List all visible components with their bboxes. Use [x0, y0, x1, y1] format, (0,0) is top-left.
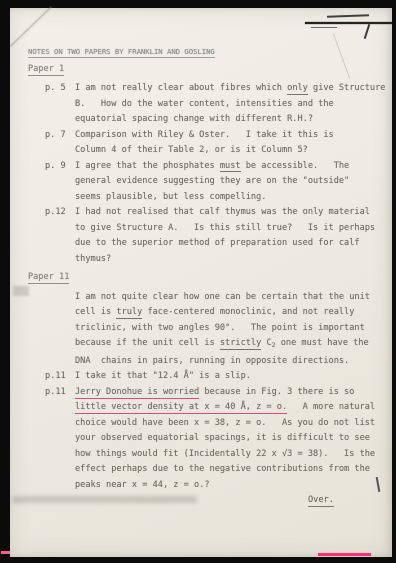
page-ref: p. 5 [45, 81, 75, 128]
text-segment: because if the unit cell is [75, 338, 220, 348]
text-segment: Comparison with Riley & Oster. I take it… [75, 130, 334, 140]
text-line: thymus? [75, 252, 386, 268]
text-line: I had not realised that calf thymus was … [75, 205, 386, 221]
text-segment: be accessible. The [241, 161, 350, 171]
text-segment: to give Structure A. Is this still true?… [75, 223, 375, 233]
note-item: p. 9I agree that the phosphates must be … [28, 159, 386, 206]
over-note: Over. [308, 493, 386, 509]
scanned-page: NOTES ON TWO PAPERS BY FRANKLIN AND GOSL… [0, 0, 396, 563]
text-segment: equatorial spacing change with different… [75, 114, 313, 124]
text-segment: I agree that the phosphates [75, 161, 220, 171]
note-body: I had not realised that calf thymus was … [75, 205, 386, 267]
text-line: I am not really clear about fibres which… [75, 81, 386, 97]
text-line: due to the superior method of preparatio… [75, 236, 386, 252]
text-segment: A more natural [287, 402, 375, 412]
text-segment: general evidence suggesting they are on … [75, 176, 349, 186]
text-segment: how things would fit (Incidentally 22 x … [75, 449, 375, 459]
note-body: I am not quite clear how one can be cert… [75, 290, 386, 370]
text-segment: your observed equatorial spacings, it is… [75, 433, 370, 443]
page-ref [45, 290, 75, 370]
underlined-text: truly [116, 307, 142, 319]
page-ref: p. 9 [45, 159, 75, 206]
note-item: p. 7Comparison with Riley & Oster. I tak… [28, 128, 386, 159]
section-heading: Paper 1 [28, 62, 386, 78]
text-segment: I had not realised that calf thymus was … [75, 207, 370, 217]
text-segment: Column 4 of their Table 2, or is it Colu… [75, 145, 308, 155]
text-segment: triclinic, with two angles 90°. The poin… [75, 323, 365, 333]
text-segment: due to the superior method of preparatio… [75, 238, 360, 248]
text-line: equatorial spacing change with different… [75, 112, 386, 128]
text-segment: cell is [75, 307, 116, 317]
text-line: because if the unit cell is strictly C2 … [75, 336, 386, 354]
text-line: B. How do the water content, intensities… [75, 97, 386, 113]
red-underlined-text: little vector density at x = 40 Å, z = o… [75, 402, 287, 414]
text-segment: because in Fig. 3 there is so [199, 387, 354, 397]
red-underlined-text: Jerry Donohue is worried [75, 387, 199, 399]
document-content: NOTES ON TWO PAPERS BY FRANKLIN AND GOSL… [28, 44, 386, 509]
text-line: general evidence suggesting they are on … [75, 174, 386, 190]
text-line: triclinic, with two angles 90°. The poin… [75, 321, 386, 337]
note-body: Jerry Donohue is worried because in Fig.… [75, 385, 386, 494]
note-item: I am not quite clear how one can be cert… [28, 290, 386, 370]
text-segment: one must have the [276, 338, 369, 348]
text-line: how things would fit (Incidentally 22 x … [75, 447, 386, 463]
underlined-text: must [220, 161, 241, 173]
note-item: p. 5I am not really clear about fibres w… [28, 81, 386, 128]
text-segment: thymus? [75, 254, 111, 264]
text-line: peaks near x = 44, z = o.? [75, 478, 386, 494]
text-segment: give Structure [308, 83, 386, 93]
text-segment: choice would have been x = 38, z = o. As… [75, 418, 375, 428]
section-heading-text: Paper 11 [28, 272, 69, 284]
underlined-text: only [287, 83, 308, 95]
section-heading: Paper 11 [28, 270, 386, 286]
page-ref: p.11 [45, 385, 75, 494]
document-title: NOTES ON TWO PAPERS BY FRANKLIN AND GOSL… [28, 44, 386, 60]
text-line: choice would have been x = 38, z = o. As… [75, 416, 386, 432]
text-segment: seems plausible, but less compelling. [75, 192, 266, 202]
pink-pencil-mark [1, 551, 10, 554]
sections: Paper 1p. 5I am not really clear about f… [28, 62, 386, 494]
text-line: Jerry Donohue is worried because in Fig.… [75, 385, 386, 401]
text-line: I am not quite clear how one can be cert… [75, 290, 386, 306]
text-segment: I am not really clear about fibres which [75, 83, 287, 93]
pink-pencil-mark [318, 553, 371, 556]
text-segment: DNA chains in pairs, running in opposite… [75, 356, 349, 366]
note-item: p.11Jerry Donohue is worried because in … [28, 385, 386, 494]
text-segment: peaks near x = 44, z = o.? [75, 480, 210, 490]
text-line: little vector density at x = 40 Å, z = o… [75, 400, 386, 416]
text-line: effect perhaps due to the negative contr… [75, 462, 386, 478]
text-line: cell is truly face-centered monoclinic, … [75, 305, 386, 321]
page-ref: p.12 [45, 205, 75, 267]
note-body: I take it that "12.4 Å" is a slip. [75, 369, 386, 385]
text-line: DNA chains in pairs, running in opposite… [75, 354, 386, 370]
text-segment: I am not quite clear how one can be cert… [75, 292, 370, 302]
over-note-text: Over. [308, 495, 334, 507]
text-line: I take it that "12.4 Å" is a slip. [75, 369, 386, 385]
note-item: p.11I take it that "12.4 Å" is a slip. [28, 369, 386, 385]
ink-streak-mark [311, 27, 337, 28]
text-line: I agree that the phosphates must be acce… [75, 159, 386, 175]
page-ref: p.11 [45, 369, 75, 385]
ink-streak-mark [305, 22, 392, 24]
text-segment: B. How do the water content, intensities… [75, 99, 334, 109]
section-heading-text: Paper 1 [28, 64, 64, 76]
note-body: I agree that the phosphates must be acce… [75, 159, 386, 206]
document-title-text: NOTES ON TWO PAPERS BY FRANKLIN AND GOSL… [28, 47, 215, 58]
note-item: p.12I had not realised that calf thymus … [28, 205, 386, 267]
text-line: your observed equatorial spacings, it is… [75, 431, 386, 447]
text-segment: effect perhaps due to the negative contr… [75, 464, 370, 474]
note-body: Comparison with Riley & Oster. I take it… [75, 128, 386, 159]
text-segment: face-centered monoclinic, and not really [142, 307, 354, 317]
text-segment: C [261, 338, 271, 348]
text-line: Column 4 of their Table 2, or is it Colu… [75, 143, 386, 159]
smudge-mark [13, 286, 29, 296]
underlined-text: strictly [220, 338, 261, 350]
paper-sheet: NOTES ON TWO PAPERS BY FRANKLIN AND GOSL… [10, 8, 392, 557]
text-line: Comparison with Riley & Oster. I take it… [75, 128, 386, 144]
page-ref: p. 7 [45, 128, 75, 159]
text-line: to give Structure A. Is this still true?… [75, 221, 386, 237]
text-segment: I take it that "12.4 Å" is a slip. [75, 371, 251, 381]
note-body: I am not really clear about fibres which… [75, 81, 386, 128]
smudge-mark [12, 496, 197, 503]
text-line: seems plausible, but less compelling. [75, 190, 386, 206]
